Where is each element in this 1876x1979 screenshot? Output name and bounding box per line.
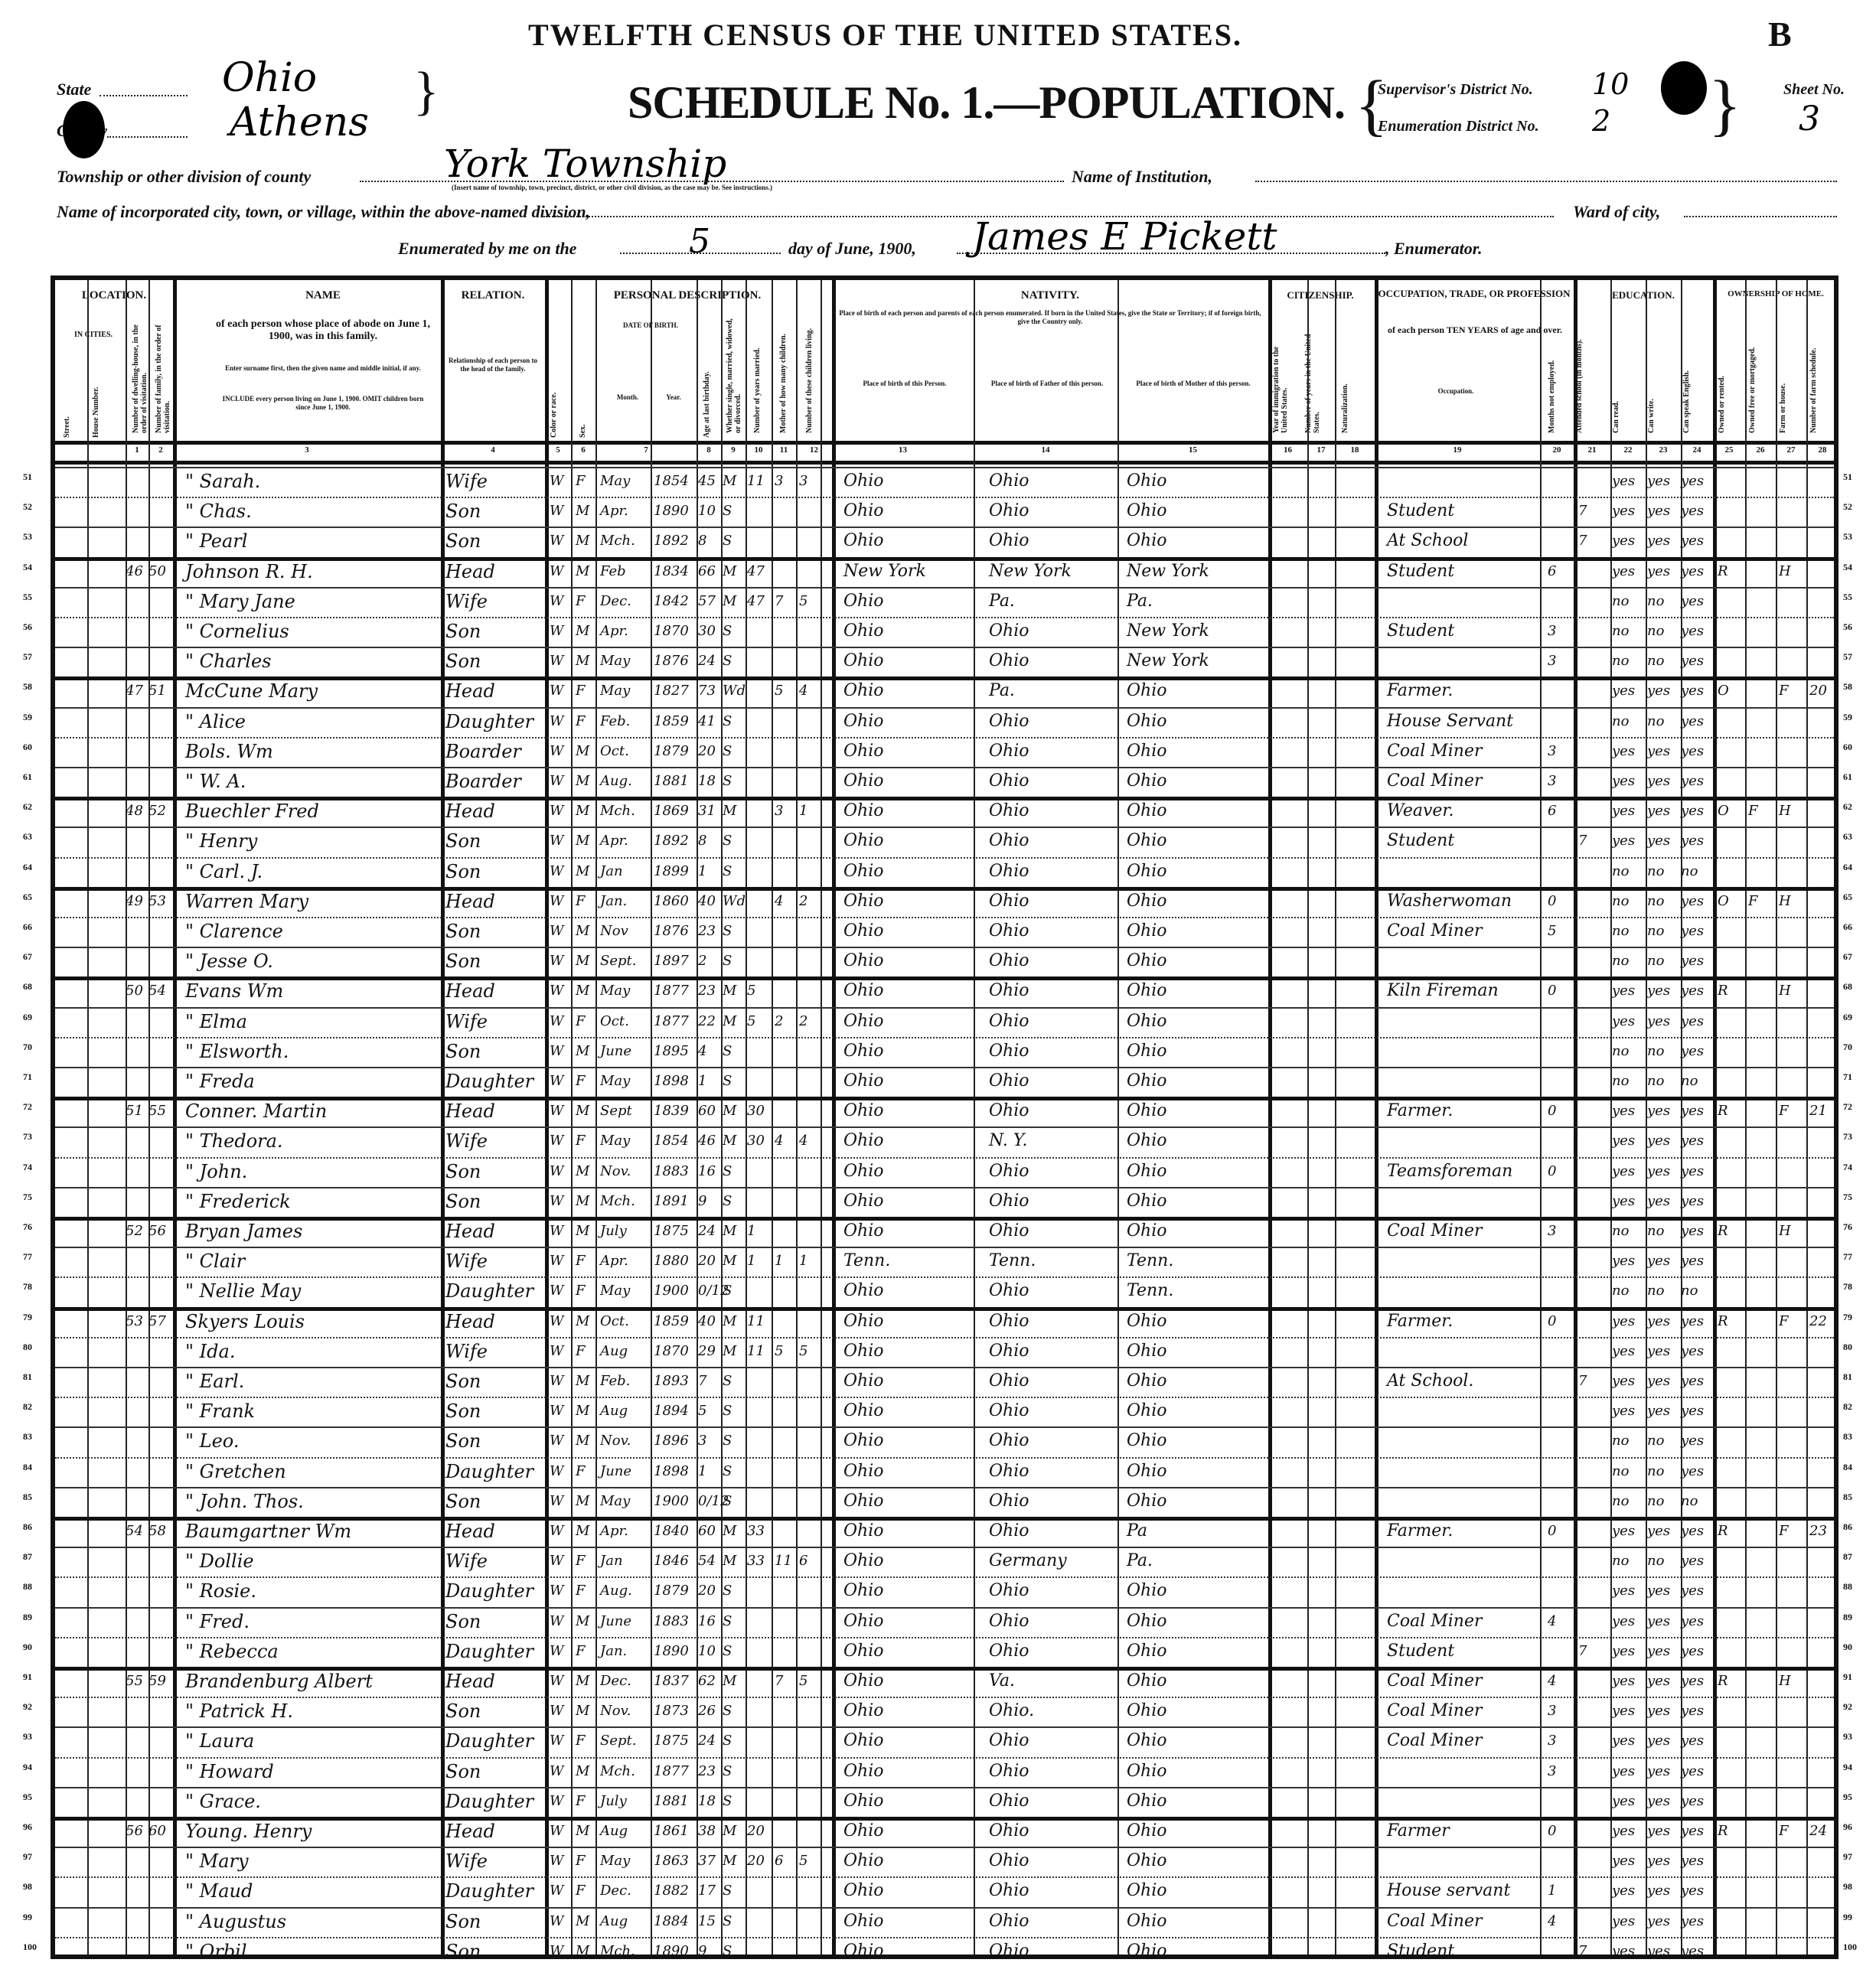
birthplace-father-cell: Pa. [989,587,1015,616]
table-row: 4650Johnson R. H.HeadWMFeb183466M47New Y… [55,557,1834,587]
line-number: 59 [23,712,32,723]
birth-year-cell: 1875 [654,1217,689,1246]
birthplace-mother-cell: New York [1127,647,1209,676]
age-cell: 23 [698,976,716,1006]
color-cell: W [550,527,564,556]
relation-description: Relationship of each person to the head … [445,357,540,373]
line-number: 74 [23,1162,32,1173]
relation-cell: Son [445,1397,481,1426]
house-number-header: House Number. [92,357,100,438]
section-nativity: NATIVITY. [832,289,1268,302]
can-read-cell: yes [1612,1907,1635,1936]
line-number: 88 [23,1581,32,1593]
table-row: 4751McCune MaryHeadWFMay182773Wd54OhioPa… [55,677,1834,706]
family-number-cell: 59 [148,1667,166,1696]
farm-schedule-number-cell: 24 [1809,1817,1827,1846]
birth-month-cell: May [600,1276,630,1306]
can-speak-english-cell: yes [1681,1876,1704,1906]
years-married-cell: 20 [747,1847,765,1876]
census-title: TWELFTH CENSUS OF THE UNITED STATES. [528,17,1242,53]
person-name-cell: " Gretchen [185,1457,286,1486]
birthplace-person-cell: Ohio [843,1426,884,1456]
sex-cell: M [576,1426,589,1456]
table-row: " OrbilSonWMMch.18909SOhioOhioOhioStuden… [55,1937,1834,1967]
relation-cell: Wife [445,1337,488,1366]
months-unemployed-cell: 0 [1548,976,1556,1006]
line-number: 77 [23,1251,32,1263]
can-read-cell: no [1612,1067,1629,1096]
occupation-cell: Student [1387,1637,1454,1666]
line-number: 95 [1843,1792,1852,1803]
birthplace-mother-cell: Ohio [1127,527,1167,556]
can-read-cell: no [1612,587,1629,616]
occupation-cell: At School. [1387,1367,1473,1396]
marital-status-cell: S [723,1487,732,1516]
color-cell: W [550,826,564,856]
color-cell: W [550,797,564,826]
line-number: 51 [23,471,32,483]
can-speak-english-cell: yes [1681,1667,1704,1696]
line-number: 100 [1843,1942,1857,1953]
birth-year-cell: 1881 [654,767,689,796]
line-number: 61 [1843,771,1852,783]
birth-month-cell: May [600,1067,630,1096]
table-row: " Fred.SonWMJune188316SOhioOhioOhioCoal … [55,1607,1834,1637]
color-cell: W [550,587,564,616]
line-number: 72 [23,1101,32,1113]
can-speak-english-cell: yes [1681,1937,1704,1966]
birthplace-person-cell: Ohio [843,947,884,976]
children-living-cell: 1 [799,797,807,826]
birthplace-mother-cell: Pa. [1127,587,1153,616]
birthplace-person-cell: Ohio [843,976,884,1006]
nativity-description: Place of birth of each person and parent… [836,309,1264,326]
birth-year-cell: 1896 [654,1426,689,1456]
marital-status-cell: S [723,1907,732,1936]
birthplace-person-cell: Ohio [843,1517,884,1546]
farm-or-house-cell: H [1779,1667,1791,1696]
column-number: 23 [1646,445,1681,455]
birth-month-cell: Aug [600,1907,628,1936]
sex-cell: M [576,797,589,826]
color-cell: W [550,1876,564,1906]
children-living-cell: 6 [799,1547,807,1576]
relation-cell: Son [445,1937,481,1966]
person-name-cell: Brandenburg Albert [185,1667,373,1696]
person-name-cell: " Laura [185,1726,254,1756]
marital-status-header: Whether single, married, widowed, or div… [726,318,742,433]
farm-or-house-cell: F [1779,1817,1789,1846]
birthplace-person-cell: Ohio [843,617,884,646]
line-number: 66 [23,921,32,933]
can-write-cell: no [1647,587,1664,616]
birthplace-father-cell: Ohio [989,976,1029,1006]
table-row: " John. Thos.SonWMMay19000/12SOhioOhioOh… [55,1487,1834,1517]
color-cell: W [550,1726,564,1756]
birth-year-cell: 1863 [654,1847,689,1876]
line-number: 55 [23,592,32,603]
birth-month-cell: Sept. [600,1726,636,1756]
months-unemployed-cell: 0 [1548,1307,1556,1336]
age-cell: 24 [698,1217,716,1246]
can-write-cell: yes [1647,1907,1670,1936]
can-speak-english-cell: yes [1681,1697,1704,1726]
township-label: Township or other division of county [57,167,311,187]
person-name-cell: " Patrick H. [185,1697,293,1726]
relation-cell: Head [445,1097,495,1126]
can-speak-english-cell: yes [1681,737,1704,766]
owned-free-cell: F [1748,887,1758,916]
person-name-cell: " Dollie [185,1547,254,1576]
relation-cell: Wife [445,587,488,616]
can-write-cell: yes [1647,1667,1670,1696]
birthplace-person-cell: Ohio [843,1007,884,1036]
sex-cell: M [576,1397,589,1426]
attended-school-cell: 7 [1578,1367,1587,1396]
can-write-cell: no [1647,1037,1664,1066]
months-unemployed-cell: 3 [1548,1217,1556,1246]
line-number: 94 [23,1762,32,1773]
can-speak-english-cell: yes [1681,1307,1704,1336]
birth-year-cell: 1892 [654,527,689,556]
line-number: 85 [1843,1492,1852,1503]
can-speak-english-cell: yes [1681,1607,1704,1636]
occupation-cell: Teamsforeman [1387,1157,1512,1186]
owned-rented-cell: R [1718,1517,1728,1546]
birthplace-father-cell: Ohio [989,1187,1029,1216]
can-speak-english-cell: yes [1681,1637,1704,1666]
column-number: 27 [1776,445,1806,455]
sex-cell: M [576,1667,589,1696]
birthplace-mother-cell: Ohio [1127,1187,1167,1216]
birth-month-cell: Jan [600,1547,623,1576]
birth-month-cell: Jan. [600,887,627,916]
birth-month-cell: Nov. [600,1426,631,1456]
age-cell: 4 [698,1037,706,1066]
line-number: 75 [23,1192,32,1203]
children-living-header: Number of these children living. [805,318,822,433]
birth-month-cell: Oct. [600,1307,629,1336]
can-speak-english-cell: yes [1681,557,1704,586]
column-number: 8 [697,445,721,455]
enumerated-label: Enumerated by me on the [398,239,576,259]
occupation-cell: Student [1387,557,1454,586]
birth-month-cell: May [600,1487,630,1516]
mother-of-children-cell: 5 [775,1337,783,1366]
line-number: 71 [1843,1071,1852,1083]
birthplace-mother-cell: Ohio [1127,1757,1167,1786]
months-unemployed-cell: 3 [1548,647,1556,676]
birthplace-father-cell: Ohio [989,1637,1029,1666]
occupation-cell: Kiln Fireman [1387,976,1499,1006]
table-row: " Leo.SonWMNov.18963SOhioOhioOhiononoyes [55,1426,1834,1456]
can-speak-english-cell: yes [1681,1817,1704,1846]
person-name-cell: Buechler Fred [185,797,319,826]
can-write-cell: no [1647,917,1664,946]
birth-year-cell: 1846 [654,1547,689,1576]
table-row: " Patrick H.SonWMNov.187326SOhioOhio.Ohi… [55,1697,1834,1726]
owned-free-cell: F [1748,797,1758,826]
age-cell: 22 [698,1007,716,1036]
birth-month-cell: Oct. [600,737,629,766]
dwelling-number-cell: 54 [126,1517,143,1546]
sex-cell: M [576,1607,589,1636]
birth-year-cell: 1890 [654,1937,689,1966]
birthplace-mother-cell: Ohio [1127,1337,1167,1366]
dwelling-number-cell: 46 [126,557,143,586]
color-cell: W [550,976,564,1006]
column-number: 6 [571,445,595,455]
line-number: 87 [23,1551,32,1563]
occupation-cell: Student [1387,617,1454,646]
can-speak-english-cell: yes [1681,1367,1704,1396]
line-number: 79 [1843,1312,1852,1323]
district-brace-right: } [1708,66,1741,145]
birthplace-mother-cell: Ohio [1127,1426,1167,1456]
can-read-cell: no [1612,1426,1629,1456]
line-number: 100 [23,1942,37,1953]
institution-field-line [1255,181,1837,182]
age-cell: 18 [698,767,716,796]
can-speak-english-cell: yes [1681,1726,1704,1756]
birthplace-mother-cell: Ohio [1127,1576,1167,1606]
can-read-cell: no [1612,1217,1629,1246]
can-write-cell: yes [1647,737,1670,766]
dwelling-number-cell: 51 [126,1097,143,1126]
person-name-cell: " Jesse O. [185,947,273,976]
age-cell: 73 [698,677,716,706]
line-number: 68 [23,981,32,993]
color-cell: W [550,737,564,766]
birth-month-cell: Sept [600,1097,632,1126]
section-occupation: OCCUPATION, TRADE, OR PROFESSION [1375,288,1574,300]
birthplace-father-cell: Ohio [989,1037,1029,1066]
months-unemployed-cell: 0 [1548,1817,1556,1846]
can-write-cell: yes [1647,497,1670,526]
farm-or-house-cell: H [1779,797,1791,826]
birth-month-cell: Mch. [600,1937,635,1966]
line-number: 82 [23,1401,32,1413]
months-unemployed-cell: 0 [1548,1157,1556,1186]
line-number: 54 [23,562,32,573]
line-number: 98 [1843,1881,1852,1893]
sex-cell: M [576,767,589,796]
supervisor-district-label: Supervisor's District No. [1378,81,1533,99]
age-cell: 24 [698,1726,716,1756]
column-number: 24 [1681,445,1713,455]
sex-cell: M [576,917,589,946]
line-number: 76 [1843,1221,1852,1233]
can-write-cell: no [1647,1547,1664,1576]
birth-year-cell: 1854 [654,467,689,496]
months-unemployed-cell: 3 [1548,767,1556,796]
children-living-cell: 2 [799,1007,807,1036]
age-cell: 31 [698,797,716,826]
birthplace-father-cell: Ohio [989,1217,1029,1246]
relation-cell: Son [445,1157,481,1186]
relation-cell: Daughter [445,1787,533,1816]
line-number: 75 [1843,1192,1852,1203]
line-number: 58 [1843,681,1852,693]
relation-cell: Daughter [445,1726,533,1756]
column-number: 1 [126,445,148,455]
birth-month-cell: Aug. [600,767,632,796]
street-header: Street. [63,364,71,438]
sheet-number-label: Sheet No. [1783,81,1845,99]
birth-month-cell: Mch. [600,1757,635,1786]
section-location: LOCATION. [55,289,173,302]
birth-year-cell: 1880 [654,1247,689,1276]
line-number: 99 [1843,1912,1852,1923]
table-row: " Chas.SonWMApr.189010SOhioOhioOhioStude… [55,497,1834,527]
can-write-cell: yes [1647,1337,1670,1366]
table-row: " MaudDaughterWFDec.188217SOhioOhioOhioH… [55,1876,1834,1906]
birthplace-mother-cell: Ohio [1127,917,1167,946]
birthplace-person-cell: Ohio [843,797,884,826]
sex-cell: F [576,1547,586,1576]
age-cell: 57 [698,587,716,616]
owned-rented-cell: R [1718,1097,1728,1126]
color-cell: W [550,887,564,916]
family-number-cell: 60 [148,1817,166,1846]
relation-cell: Son [445,1907,481,1936]
sex-cell: F [576,1457,586,1486]
person-name-cell: " Frederick [185,1187,291,1216]
color-cell: W [550,767,564,796]
relation-cell: Head [445,1817,495,1846]
line-number: 66 [1843,921,1852,933]
county-value: Athens [230,99,369,145]
color-cell: W [550,1307,564,1336]
line-number: 76 [23,1221,32,1233]
birth-year-cell: 1876 [654,647,689,676]
can-read-cell: yes [1612,497,1635,526]
birth-year-cell: 1881 [654,1787,689,1816]
birthplace-person-cell: Ohio [843,917,884,946]
birthplace-father-cell: Ohio [989,467,1029,496]
relation-cell: Son [445,647,481,676]
mother-of-children-cell: 2 [775,1007,783,1036]
birth-year-cell: 1861 [654,1817,689,1846]
birth-year-cell: 1900 [654,1487,689,1516]
farm-or-house-cell: H [1779,1217,1791,1246]
birth-year-cell: 1893 [654,1367,689,1396]
can-write-cell: yes [1647,1876,1670,1906]
sex-cell: F [576,1787,586,1816]
birthplace-mother-cell: Ohio [1127,947,1167,976]
line-number: 91 [1843,1671,1852,1683]
table-row: " Ida.WifeWFAug187029M1155OhioOhioOhioye… [55,1337,1834,1367]
years-married-cell: 30 [747,1097,765,1126]
sex-cell: M [576,527,589,556]
birth-month-cell: Apr. [600,497,628,526]
person-name-cell: Conner. Martin [185,1097,327,1126]
line-number: 98 [23,1881,32,1893]
column-number: 22 [1610,445,1646,455]
years-married-cell: 20 [747,1817,765,1846]
birth-year-cell: 1859 [654,1307,689,1336]
township-note: (Insert name of township, town, precinct… [452,184,772,191]
line-number: 56 [23,621,32,633]
birth-month-cell: May [600,1847,630,1876]
marital-status-cell: M [723,1337,736,1366]
can-speak-english-cell: yes [1681,1037,1704,1066]
person-name-cell: Young. Henry [185,1817,312,1846]
birthplace-person-cell: Ohio [843,647,884,676]
occupation-cell: Coal Miner [1387,767,1483,796]
color-cell: W [550,1607,564,1636]
birth-month-cell: Apr. [600,826,628,856]
can-write-cell: yes [1647,767,1670,796]
occupation-cell: Coal Miner [1387,1697,1483,1726]
birthplace-mother-cell: Ohio [1127,497,1167,526]
owned-rented-cell: R [1718,1307,1728,1336]
mother-of-children-cell: 6 [775,1847,783,1876]
children-living-cell: 5 [799,1337,807,1366]
column-number: 10 [746,445,772,455]
marital-status-cell: S [723,947,732,976]
table-row: " Nellie MayDaughterWFMay19000/12SOhioOh… [55,1276,1834,1306]
birth-month-cell: Oct. [600,1007,629,1036]
table-row: " Thedora.WifeWFMay185446M3044OhioN. Y.O… [55,1126,1834,1156]
can-speak-english-cell: yes [1681,617,1704,646]
occupation-cell: Washerwoman [1387,887,1512,916]
birthplace-mother-cell: Ohio [1127,1726,1167,1756]
years-married-cell: 33 [747,1517,765,1546]
can-read-cell: no [1612,947,1629,976]
can-read-cell: yes [1612,677,1635,706]
birthplace-father-cell: Ohio [989,1876,1029,1906]
city-label: Name of incorporated city, town, or vill… [57,202,590,222]
table-row: " Mary JaneWifeWFDec.184257M4775OhioPa.P… [55,587,1834,617]
can-read-cell: no [1612,857,1629,886]
pob-person-header: Place of birth of this Person. [836,380,974,388]
years-married-cell: 1 [747,1217,755,1246]
birthplace-person-cell: Ohio [843,1457,884,1486]
birthplace-father-cell: Ohio. [989,1697,1034,1726]
sex-cell: F [576,1637,586,1666]
can-read-cell: yes [1612,1337,1635,1366]
ink-blot [1661,61,1707,115]
can-read-cell: yes [1612,1576,1635,1606]
line-number: 91 [23,1671,32,1683]
section-personal-description: PERSONAL DESCRIPTION. [545,289,830,302]
table-row: " AliceDaughterWFFeb.185941SOhioOhioOhio… [55,707,1834,737]
age-cell: 2 [698,947,706,976]
birth-year-cell: 1898 [654,1067,689,1096]
birthplace-mother-cell: Ohio [1127,1667,1167,1696]
marital-status-cell: S [723,647,732,676]
marital-status-cell: S [723,1757,732,1786]
marital-status-cell: S [723,1426,732,1456]
can-speak-english-cell: yes [1681,1157,1704,1186]
birthplace-mother-cell: Ohio [1127,1487,1167,1516]
marital-status-cell: S [723,826,732,856]
person-name-cell: " Elsworth. [185,1037,289,1066]
line-number: 89 [1843,1612,1852,1623]
table-row: 5660Young. HenryHeadWMAug186138M20OhioOh… [55,1817,1834,1847]
age-cell: 26 [698,1697,716,1726]
sex-cell: M [576,1037,589,1066]
birthplace-person-cell: Ohio [843,1576,884,1606]
mother-of-children-cell: 7 [775,1667,783,1696]
line-number: 89 [23,1612,32,1623]
can-read-cell: no [1612,1276,1629,1306]
birthplace-father-cell: Ohio [989,887,1029,916]
can-read-cell: yes [1612,1007,1635,1036]
sex-cell: F [576,887,586,916]
birth-year-cell: 1873 [654,1697,689,1726]
